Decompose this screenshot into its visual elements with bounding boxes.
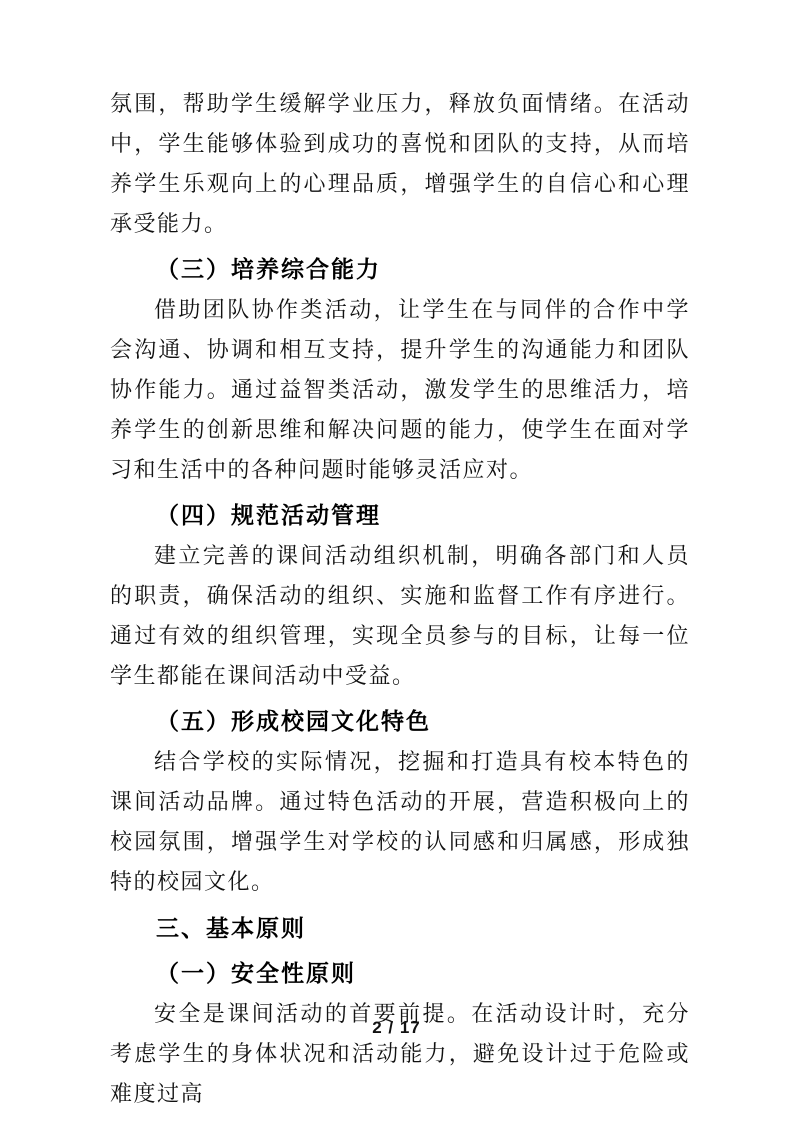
- document-page: 氛围，帮助学生缓解学业压力，释放负面情绪。在活动中，学生能够体验到成功的喜悦和团…: [0, 0, 793, 1122]
- heading-section-3: （三）培养综合能力: [110, 250, 690, 290]
- page-number: 2 / 17: [372, 1018, 421, 1037]
- paragraph-continuation: 氛围，帮助学生缓解学业压力，释放负面情绪。在活动中，学生能够体验到成功的喜悦和团…: [110, 84, 690, 244]
- heading-section-5: （五）形成校园文化特色: [110, 702, 690, 742]
- heading-section-4: （四）规范活动管理: [110, 496, 690, 536]
- page-content: 氛围，帮助学生缓解学业压力，释放负面情绪。在活动中，学生能够体验到成功的喜悦和团…: [110, 84, 690, 1114]
- paragraph-principle-1: 安全是课间活动的首要前提。在活动设计时，充分考虑学生的身体状况和活动能力，避免设…: [110, 994, 690, 1114]
- page-footer: 2 / 17: [0, 1018, 793, 1038]
- heading-chapter-3: 三、基本原则: [110, 908, 690, 948]
- paragraph-section-5: 结合学校的实际情况，挖掘和打造具有校本特色的课间活动品牌。通过特色活动的开展，营…: [110, 742, 690, 902]
- paragraph-section-3: 借助团队协作类活动，让学生在与同伴的合作中学会沟通、协调和相互支持，提升学生的沟…: [110, 290, 690, 490]
- paragraph-section-4: 建立完善的课间活动组织机制，明确各部门和人员的职责，确保活动的组织、实施和监督工…: [110, 536, 690, 696]
- heading-principle-1: （一）安全性原则: [110, 954, 690, 994]
